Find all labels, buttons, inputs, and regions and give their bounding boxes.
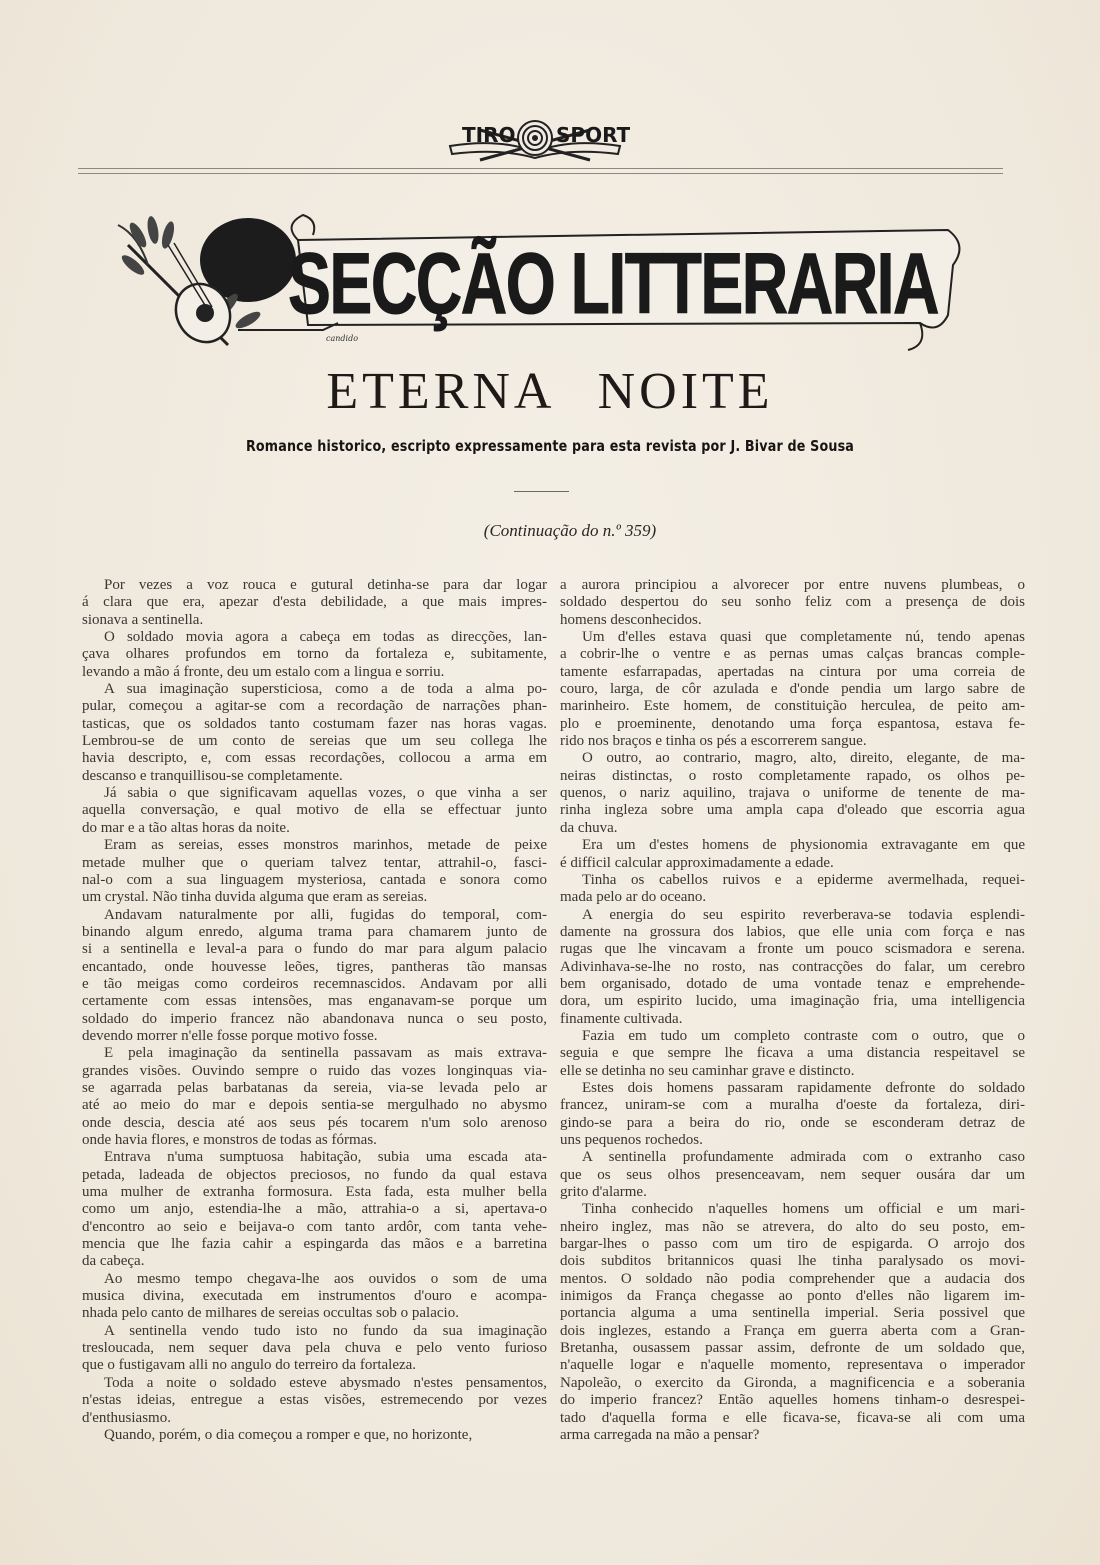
text-line: devendo morrer n'elle fosse porque motiv… [82,1028,547,1045]
text-line: tresloucada, nem sequer dava pela chuva … [82,1340,547,1357]
text-line: n'estas ideias, entregue a estas visões,… [82,1392,547,1409]
svg-text:TIRO: TIRO [462,123,516,147]
text-line: neiras distinctas, o rosto completamente… [560,768,1025,785]
text-line: tasticas, que os soldados tanto costumam… [82,716,547,733]
text-line: certamente com essas intensões, mas enga… [82,993,547,1010]
text-line: Bretanha, ousassem passar assim, defront… [560,1340,1025,1357]
text-line: n'aquelle logar e n'aquelle momento, rep… [560,1357,1025,1374]
text-line: E pela imaginação da sentinella passavam… [82,1045,547,1062]
paragraph: Tinha conhecido n'aquelles homens um off… [560,1201,1025,1444]
paragraph: Por vezes a voz rouca e gutural detinha-… [82,577,547,629]
text-line: descanso e tranquillisou-se completament… [82,768,547,785]
text-line: como um anjo, estendia-lhe a mão, attrah… [82,1201,547,1218]
text-line: um crystal. Não tinha duvida alguma que … [82,889,547,906]
text-line: Entrava n'uma sumptuosa habitação, subia… [82,1149,547,1166]
text-line: Ao mesmo tempo chegava-lhe aos ouvidos o… [82,1271,547,1288]
paragraph: O outro, ao contrario, magro, alto, dire… [560,750,1025,837]
svg-text:candido: candido [326,334,358,343]
text-line: é difficil calcular approximadamente a e… [560,855,1025,872]
text-line: da cabeça. [82,1253,547,1270]
text-line: Andavam naturalmente por alli, fugidas d… [82,907,547,924]
text-line: bargar-lhes o passo com um tiro de espig… [560,1236,1025,1253]
text-line: á clara que era, apezar d'esta debilidad… [82,594,547,611]
paragraph: Entrava n'uma sumptuosa habitação, subia… [82,1149,547,1270]
text-line: si a sentinella e leval-a para o fundo d… [82,941,547,958]
paragraph: Quando, porém, o dia começou a romper e … [82,1427,547,1444]
paragraph: Já sabia o que significavam aquellas voz… [82,785,547,837]
text-line: a cobrir-lhe o ventre e as pernas umas c… [560,646,1025,663]
text-line: grandes visões. Ouvindo sempre o ruido d… [82,1063,547,1080]
text-line: levando a mão á fronte, deu um estalo co… [82,664,547,681]
text-line: sionava a sentinella. [82,612,547,629]
paragraph: Toda a noite o soldado esteve abysmado n… [82,1375,547,1427]
paragraph: Estes dois homens passaram rapidamente d… [560,1080,1025,1149]
paragraph: O soldado movia agora a cabeça em todas … [82,629,547,681]
text-line: quenos, o nariz aquilino, trajava o unif… [560,785,1025,802]
text-line: da chuva. [560,820,1025,837]
text-line: binando algum enredo, alguma trama para … [82,924,547,941]
paragraph: a aurora principiou a alvorecer por entr… [560,577,1025,629]
text-line: havia descripto, e, com essas recordaçõe… [82,750,547,767]
text-line: Tinha os cabellos ruivos e a epiderme av… [560,872,1025,889]
text-line: grito d'alarme. [560,1184,1025,1201]
paragraph: Fazia em tudo um completo contraste com … [560,1028,1025,1080]
text-line: d'encontro ao seio e beijava-o com tanto… [82,1219,547,1236]
target-icon: TIRO SPORT [440,108,630,168]
text-line: Eram as sereias, esses monstros marinhos… [82,837,547,854]
paragraph: Andavam naturalmente por alli, fugidas d… [82,907,547,1046]
text-line: Napoleão, o exercito da Gironda, a magni… [560,1375,1025,1392]
text-line: do imperio francez? Então aquelles homen… [560,1392,1025,1409]
text-line: gindo-se para a beira do rio, onde se es… [560,1115,1025,1132]
text-line: Estes dois homens passaram rapidamente d… [560,1080,1025,1097]
text-line: Lembrou-se de um conto de sereias que um… [82,733,547,750]
continuation-note: (Continuação do n.º 359) [0,521,1100,541]
text-line: A sentinella vendo tudo isto no fundo da… [82,1323,547,1340]
text-line: Um d'elles estava quasi que completament… [560,629,1025,646]
paragraph: Tinha os cabellos ruivos e a epiderme av… [560,872,1025,907]
text-line: dora, um espirito lucido, uma imaginação… [560,993,1025,1010]
text-line: pular, começou a agitar-se com a recorda… [82,698,547,715]
text-line: Adivinhava-se-lhe no rosto, nas contracç… [560,959,1025,976]
text-line: a aurora principiou a alvorecer por entr… [560,577,1025,594]
text-line: mada pelo ar do oceano. [560,889,1025,906]
text-line: seguia e que sempre lhe ficava a uma dis… [560,1045,1025,1062]
text-line: homens desconhecidos. [560,612,1025,629]
text-line: portancia alguma a uma sentinella imperi… [560,1305,1025,1322]
text-line: do mar e a tão altas horas da noite. [82,820,547,837]
text-line: bem organisado, dotado de uma vontade te… [560,976,1025,993]
text-line: inimigos da França chegasse ao ponto d'e… [560,1288,1025,1305]
paragraph: A energia do seu espirito reverberava-se… [560,907,1025,1028]
paragraph: Eram as sereias, esses monstros marinhos… [82,837,547,906]
text-line: çava olhares profundos em torno da forta… [82,646,547,663]
article-title: ETERNA NOITE [0,362,1100,421]
text-line: nheiro inglez, mas não se atrevera, do a… [560,1219,1025,1236]
paragraph: Ao mesmo tempo chegava-lhe aos ouvidos o… [82,1271,547,1323]
text-line: rinha ingleza sobre uma ampla capa d'ole… [560,802,1025,819]
text-line: soldado despertou do seu sonho feliz com… [560,594,1025,611]
text-line: rido nos braços e tinha os pés a escorre… [560,733,1025,750]
text-line: nhada pelo canto de milhares de sereias … [82,1305,547,1322]
text-line: Quando, porém, o dia começou a romper e … [82,1427,547,1444]
header-double-rule [78,168,1003,174]
text-line: uma mulher de extranha formosura. Esta f… [82,1184,547,1201]
magazine-page: TIRO SPORT [0,0,1100,1565]
svg-text:SECÇÃO LITTERARIA: SECÇÃO LITTERARIA [288,236,938,332]
text-line: d'enthusiasmo. [82,1410,547,1427]
text-line: nal-o com a sua linguagem mysteriosa, ca… [82,872,547,889]
text-line: couro, larga, de côr azulada e d'onde pe… [560,681,1025,698]
text-line: A sentinella profundamente admirada com … [560,1149,1025,1166]
text-line: arma carregada na mão a pensar? [560,1427,1025,1444]
title-divider [514,491,569,492]
text-column-left: Por vezes a voz rouca e gutural detinha-… [82,577,547,1444]
text-line: que o fustigavam alli no angulo do terre… [82,1357,547,1374]
paragraph: A sua imaginação supersticiosa, como a d… [82,681,547,785]
text-line: A energia do seu espirito reverberava-se… [560,907,1025,924]
text-line: Era um d'estes homens de physionomia ext… [560,837,1025,854]
text-line: elle se detinha no seu caminhar grave e … [560,1063,1025,1080]
text-line: musica divina, executada em instrumentos… [82,1288,547,1305]
text-line: mencia que lhe fazia cahir a espingarda … [82,1236,547,1253]
text-line: onde descia, descia até aos seus pés toc… [82,1115,547,1132]
text-line: petada, ladeada de objectos preciosos, n… [82,1167,547,1184]
text-line: encantado, onde houvesse leões, tigres, … [82,959,547,976]
text-line: Tinha conhecido n'aquelles homens um off… [560,1201,1025,1218]
text-column-right: a aurora principiou a alvorecer por entr… [560,577,1025,1444]
text-line: Fazia em tudo um completo contraste com … [560,1028,1025,1045]
text-line: Já sabia o que significavam aquellas voz… [82,785,547,802]
text-line: O soldado movia agora a cabeça em todas … [82,629,547,646]
section-banner: SECÇÃO LITTERARIA candido [108,205,978,355]
text-line: e tão meigas como cordeiros recemnascido… [82,976,547,993]
paragraph: A sentinella vendo tudo isto no fundo da… [82,1323,547,1375]
text-line: mentos. O soldado não podia comprehender… [560,1271,1025,1288]
text-line: tado d'aquella forma e elle ficava-se, f… [560,1410,1025,1427]
text-line: rugas que lhe vincavam a fronte um pouco… [560,941,1025,958]
paragraph: E pela imaginação da sentinella passavam… [82,1045,547,1149]
masthead-logo: TIRO SPORT [440,108,630,168]
text-line: dois subditos britannicos quasi lhe tinh… [560,1253,1025,1270]
text-line: damente na grossura dos labios, que elle… [560,924,1025,941]
text-line: Por vezes a voz rouca e gutural detinha-… [82,577,547,594]
text-line: tamente esfarrapadas, apertadas na cintu… [560,664,1025,681]
text-line: metade mulher que o queriam talvez tenta… [82,855,547,872]
article-subtitle: Romance historico, escripto expressament… [99,437,1001,455]
text-line: até ao meio do mar e depois sentia-se me… [82,1097,547,1114]
svg-text:SPORT: SPORT [556,123,630,147]
text-line: uns pequenos rochedos. [560,1132,1025,1149]
text-line: marinheiro. Este homem, de constituição … [560,698,1025,715]
paragraph: Era um d'estes homens de physionomia ext… [560,837,1025,872]
text-line: A sua imaginação supersticiosa, como a d… [82,681,547,698]
text-line: dois inglezes, estando a França em guerr… [560,1323,1025,1340]
text-line: Toda a noite o soldado esteve abysmado n… [82,1375,547,1392]
text-line: se agarrada pelas barbatanas da sereia, … [82,1080,547,1097]
text-line: onde havia flores, e monstros de todas a… [82,1132,547,1149]
text-line: aquella conversação, e qual motivo de el… [82,802,547,819]
paragraph: Um d'elles estava quasi que completament… [560,629,1025,750]
text-line: soldado do imperio francez não abandonav… [82,1011,547,1028]
text-line: que os seus olhos presenceavam, nem sequ… [560,1167,1025,1184]
paragraph: A sentinella profundamente admirada com … [560,1149,1025,1201]
text-line: finamente cultivada. [560,1011,1025,1028]
text-line: francez, uniram-se com a muralha d'oeste… [560,1097,1025,1114]
text-line: plo e proeminente, denotando uma força e… [560,716,1025,733]
text-line: O outro, ao contrario, magro, alto, dire… [560,750,1025,767]
